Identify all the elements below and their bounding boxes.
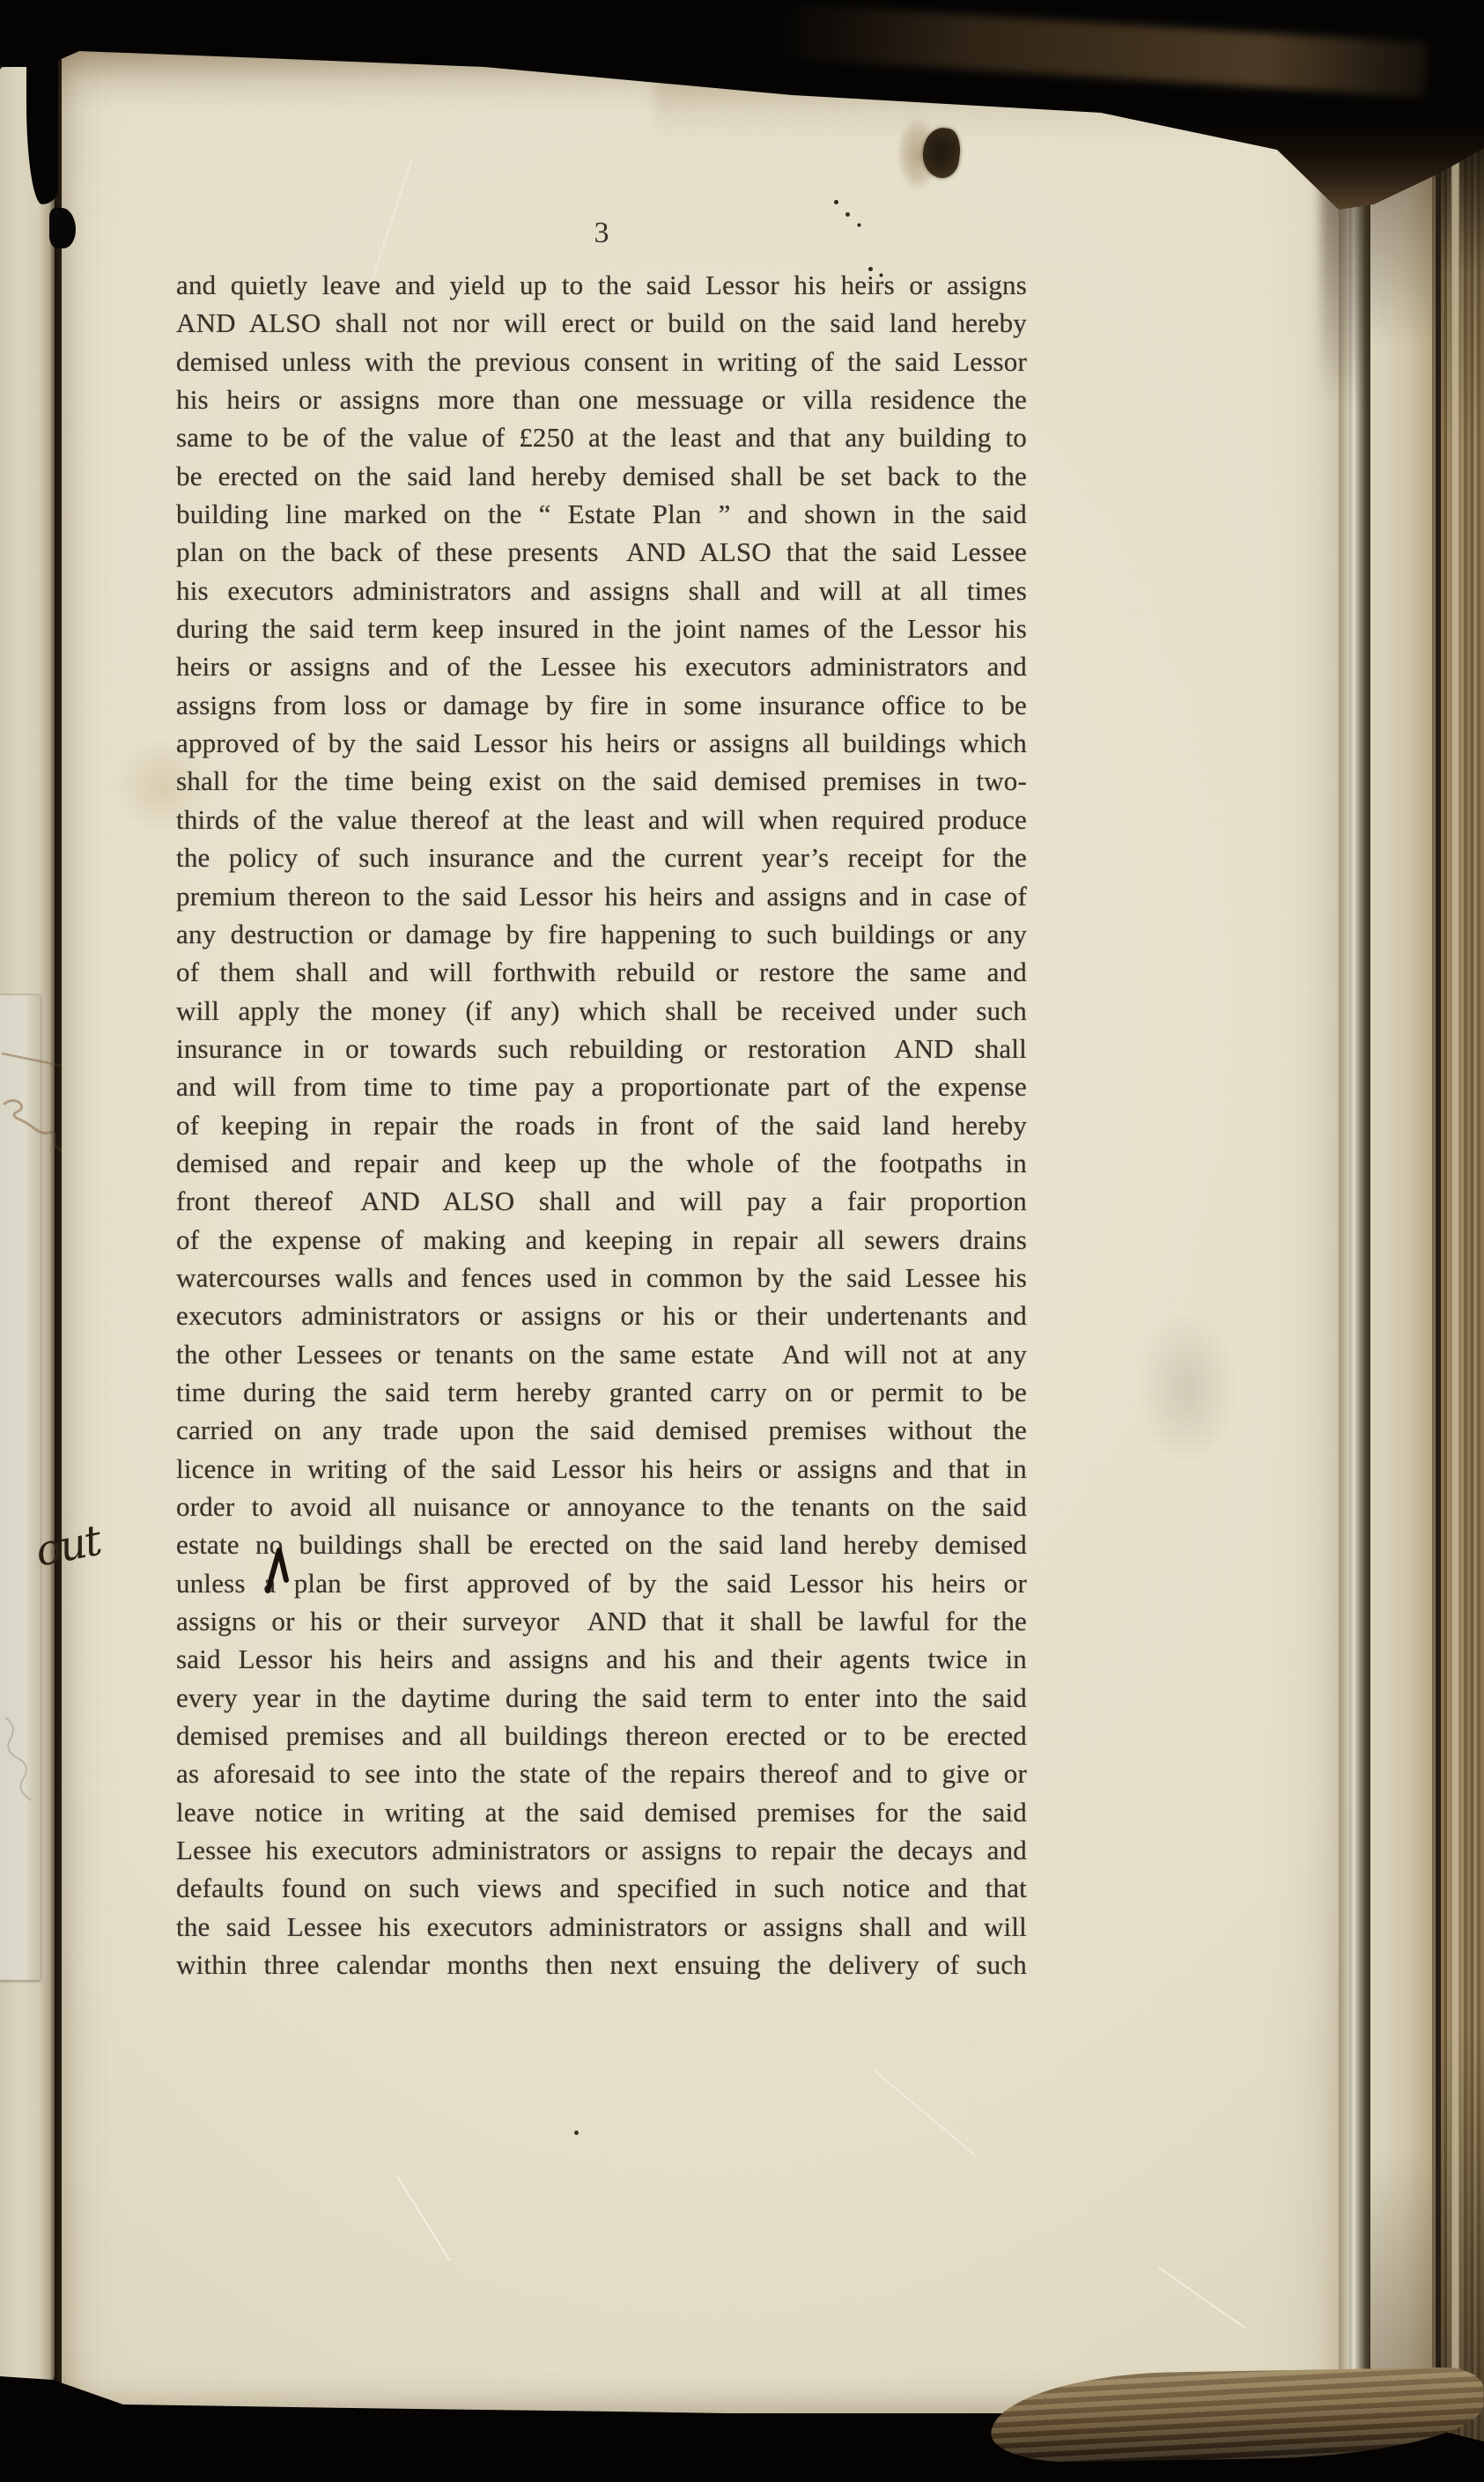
text-line: order to avoid all nuisance or annoyance… [176, 1488, 1027, 1525]
text-line: same to be of the value of £250 at the l… [176, 418, 1027, 456]
text-line: Lessee his executors administrators or a… [176, 1831, 1027, 1869]
text-line: and quietly leave and yield up to the sa… [176, 266, 1027, 304]
underlying-page-edge [1370, 81, 1436, 2412]
text-line: demised premises and all buildings there… [176, 1717, 1027, 1754]
text-line: building line marked on the “ Estate Pla… [176, 495, 1027, 533]
text-line: as aforesaid to see into the state of th… [176, 1754, 1027, 1792]
page-number: 3 [176, 217, 1027, 250]
document-page: 3 and quietly leave and yield up to the … [62, 42, 1349, 2413]
deed-text-block: and quietly leave and yield up to the sa… [176, 266, 1027, 1983]
smudge-mark [1138, 1312, 1237, 1464]
text-line: front thereof AND ALSO shall and will pa… [176, 1182, 1027, 1220]
text-line: will apply the money (if any) which shal… [176, 992, 1027, 1030]
text-line: be erected on the said land hereby demis… [176, 457, 1027, 495]
text-line: approved of by the said Lessor his heirs… [176, 724, 1027, 762]
text-line: carried on any trade upon the said demis… [176, 1411, 1027, 1449]
text-line: executors administrators or assigns or h… [176, 1296, 1027, 1334]
text-line: and will from time to time pay a proport… [176, 1067, 1027, 1105]
text-line: demised unless with the previous consent… [176, 343, 1027, 380]
text-line: the said Lessee his executors administra… [176, 1908, 1027, 1946]
text-line: assigns or his or their surveyor AND tha… [176, 1602, 1027, 1640]
text-line: the policy of such insurance and the cur… [176, 838, 1027, 876]
text-line: watercourses walls and fences used in co… [176, 1259, 1027, 1296]
edge-notch-mark [49, 208, 76, 248]
text-line: of the expense of making and keeping in … [176, 1221, 1027, 1259]
text-line: estate no buildings shall be erected on … [176, 1525, 1027, 1563]
text-line: within three calendar months then next e… [176, 1946, 1027, 1983]
text-line: said Lessor his heirs and assigns and hi… [176, 1640, 1027, 1678]
text-line: the other Lessees or tenants on the same… [176, 1335, 1027, 1373]
text-line: unless a plan be first approved of by th… [176, 1564, 1027, 1602]
text-line: any destruction or damage by fire happen… [176, 915, 1027, 953]
text-line: every year in the daytime during the sai… [176, 1679, 1027, 1717]
text-line: insurance in or towards such rebuilding … [176, 1030, 1027, 1067]
page-edge-highlight [1451, 114, 1459, 2396]
text-line: time during the said term hereby granted… [176, 1373, 1027, 1411]
text-line: shall for the time being exist on the sa… [176, 762, 1027, 800]
insertion-caret-icon [262, 1545, 298, 1594]
text-line: leave notice in writing at the said demi… [176, 1793, 1027, 1831]
text-line: heirs or assigns and of the Lessee his e… [176, 647, 1027, 685]
text-line: assigns from loss or damage by fire in s… [176, 686, 1027, 724]
text-line: demised and repair and keep up the whole… [176, 1144, 1027, 1182]
text-line: plan on the back of these presents AND A… [176, 533, 1027, 571]
pencil-marks [0, 1709, 46, 1823]
text-line: thirds of the value thereof at the least… [176, 801, 1027, 838]
text-line: his heirs or assigns more than one messu… [176, 380, 1027, 418]
scanned-book-photo: 3 and quietly leave and yield up to the … [0, 0, 1484, 2482]
text-line: licence in writing of the said Lessor hi… [176, 1450, 1027, 1488]
text-line: during the said term keep insured in the… [176, 609, 1027, 647]
page-fold-crease [1339, 123, 1372, 2389]
text-line: of them shall and will forthwith rebuild… [176, 953, 1027, 991]
text-line: premium thereon to the said Lessor his h… [176, 877, 1027, 915]
text-line: AND ALSO shall not nor will erect or bui… [176, 304, 1027, 342]
text-line: of keeping in repair the roads in front … [176, 1106, 1027, 1144]
text-line: defaults found on such views and specifi… [176, 1869, 1027, 1907]
text-line: his executors administrators and assigns… [176, 572, 1027, 609]
page-stack-edges [1441, 72, 1484, 2456]
